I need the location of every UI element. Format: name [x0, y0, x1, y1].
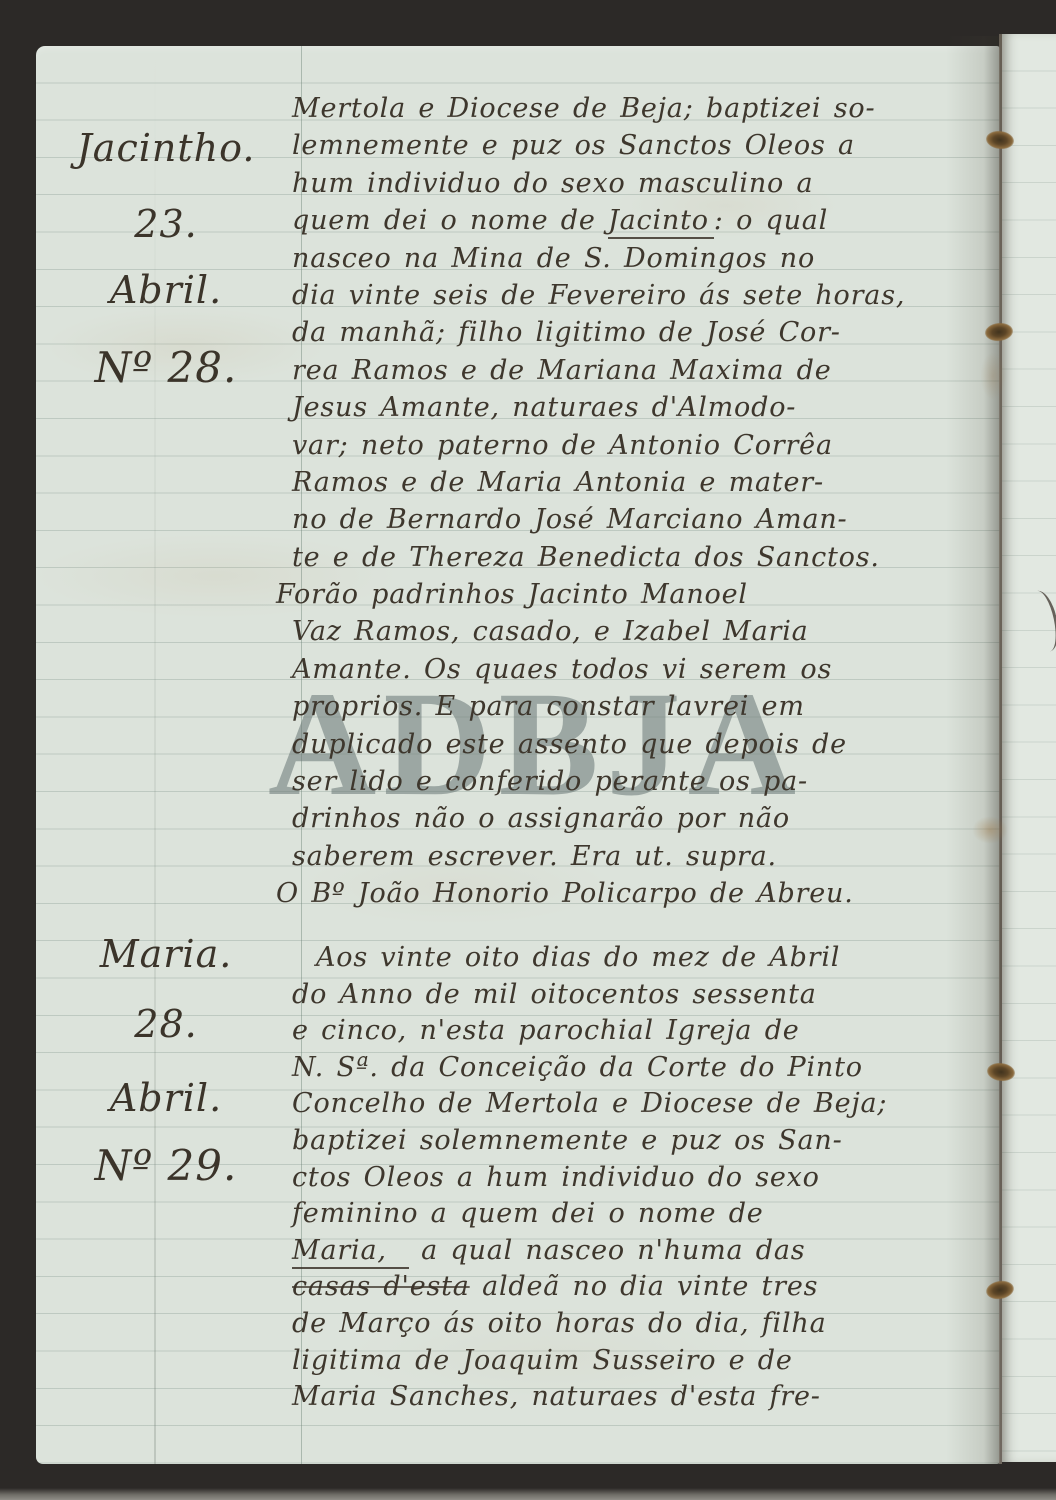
text-line: N. Sª. da Conceição da Corte do Pinto: [292, 1050, 1004, 1087]
margin-day-record-2: 28.: [36, 998, 296, 1050]
text-line: ctos Oleos a hum individuo do sexo: [292, 1160, 1004, 1197]
baptism-register-page: ADBJA Jacintho. 23. Abril. Nº 28. Maria.…: [36, 46, 1000, 1464]
margin-month-record-2: Abril.: [36, 1072, 296, 1124]
text-line-with-strikethrough: casas d'esta aldeã no dia vinte tres: [292, 1269, 1004, 1306]
text-line: e cinco, n'esta parochial Igreja de: [292, 1013, 1004, 1050]
text-line: Vaz Ramos, casado, e Izabel Maria: [292, 613, 1004, 650]
baptism-record-1-text: Mertola e Diocese de Beja; baptizei so- …: [292, 90, 1004, 913]
text-line: dia vinte seis de Fevereiro ás sete hora…: [292, 277, 1004, 314]
text-segment: quem dei o nome de: [292, 205, 608, 236]
baptized-name-underlined: Jacinto: [608, 205, 714, 239]
baptism-record-2-text: Aos vinte oito dias do mez de Abril do A…: [292, 940, 1004, 1416]
text-line: Maria Sanches, naturaes d'esta fre-: [292, 1379, 1004, 1416]
text-line: feminino a quem dei o nome de: [292, 1196, 1004, 1233]
text-segment: : o qual: [714, 205, 828, 236]
text-line: do Anno de mil oitocentos sessenta: [292, 977, 1004, 1014]
text-line: te e de Thereza Benedicta dos Sanctos.: [292, 539, 1004, 576]
text-line: var; neto paterno de Antonio Corrêa: [292, 427, 1004, 464]
text-line: hum individuo do sexo masculino a: [292, 165, 1004, 202]
margin-number-record-2: Nº 29.: [36, 1140, 296, 1192]
margin-number-record-1: Nº 28.: [36, 342, 296, 394]
facing-page-ink-mark: [1026, 588, 1056, 654]
struck-text-segment: casas d'esta: [292, 1271, 470, 1302]
text-line: Jesus Amante, naturaes d'Almodo-: [292, 389, 1004, 426]
text-line: Forão padrinhos Jacinto Manoel: [276, 576, 1004, 613]
text-line: Aos vinte oito dias do mez de Abril: [292, 940, 1004, 977]
facing-page-edge: [1002, 34, 1056, 1462]
paper-stain: [980, 352, 1006, 400]
text-line: nasceo na Mina de S. Domingos no: [292, 240, 1004, 277]
text-line: de Março ás oito horas do dia, filha: [292, 1306, 1004, 1343]
text-line: duplicado este assento que depois de: [292, 726, 1004, 763]
paper-stain: [972, 816, 1008, 844]
margin-name-record-2: Maria.: [36, 928, 296, 980]
text-line: rea Ramos e de Mariana Maxima de: [292, 352, 1004, 389]
scanned-book-spread: ADBJA Jacintho. 23. Abril. Nº 28. Maria.…: [0, 0, 1056, 1500]
text-line: ligitima de Joaquim Susseiro e de: [292, 1343, 1004, 1380]
priest-signature-line: O Bº João Honorio Policarpo de Abreu.: [276, 875, 1004, 912]
text-line: ser lido e conferido perante os pa-: [292, 763, 1004, 800]
text-line-baptized-name: Maria, a qual nasceo n'huma das: [292, 1233, 1004, 1270]
text-line: Concelho de Mertola e Diocese de Beja;: [292, 1086, 1004, 1123]
text-line: Mertola e Diocese de Beja; baptizei so-: [292, 90, 1004, 127]
text-line: no de Bernardo José Marciano Aman-: [292, 501, 1004, 538]
gutter-shadow: [946, 36, 1000, 1464]
baptized-name-underlined: Maria,: [292, 1235, 409, 1269]
text-line: saberem escrever. Era ut. supra.: [292, 838, 1004, 875]
text-line: Ramos e de Maria Antonia e mater-: [292, 464, 1004, 501]
text-line: da manhã; filho ligitimo de José Cor-: [292, 314, 1004, 351]
text-line: proprios. E para constar lavrei em: [292, 688, 1004, 725]
margin-name-record-1: Jacintho.: [36, 122, 296, 174]
scanner-bed-edge: [0, 1488, 1056, 1500]
margin-day-record-1: 23.: [36, 198, 296, 250]
text-line: drinhos não o assignarão por não: [292, 800, 1004, 837]
text-line: baptizei solemnemente e puz os San-: [292, 1123, 1004, 1160]
text-line-baptized-name: quem dei o nome de Jacinto: o qual: [292, 202, 1004, 239]
binding-crease: [999, 34, 1002, 1464]
text-line: lemnemente e puz os Sanctos Oleos a: [292, 127, 1004, 164]
margin-month-record-1: Abril.: [36, 264, 296, 316]
text-segment: aldeã no dia vinte tres: [470, 1271, 819, 1302]
paper-crease: [154, 46, 156, 1464]
text-segment: a qual nasceo n'huma das: [409, 1235, 806, 1266]
text-line: Amante. Os quaes todos vi serem os: [292, 651, 1004, 688]
